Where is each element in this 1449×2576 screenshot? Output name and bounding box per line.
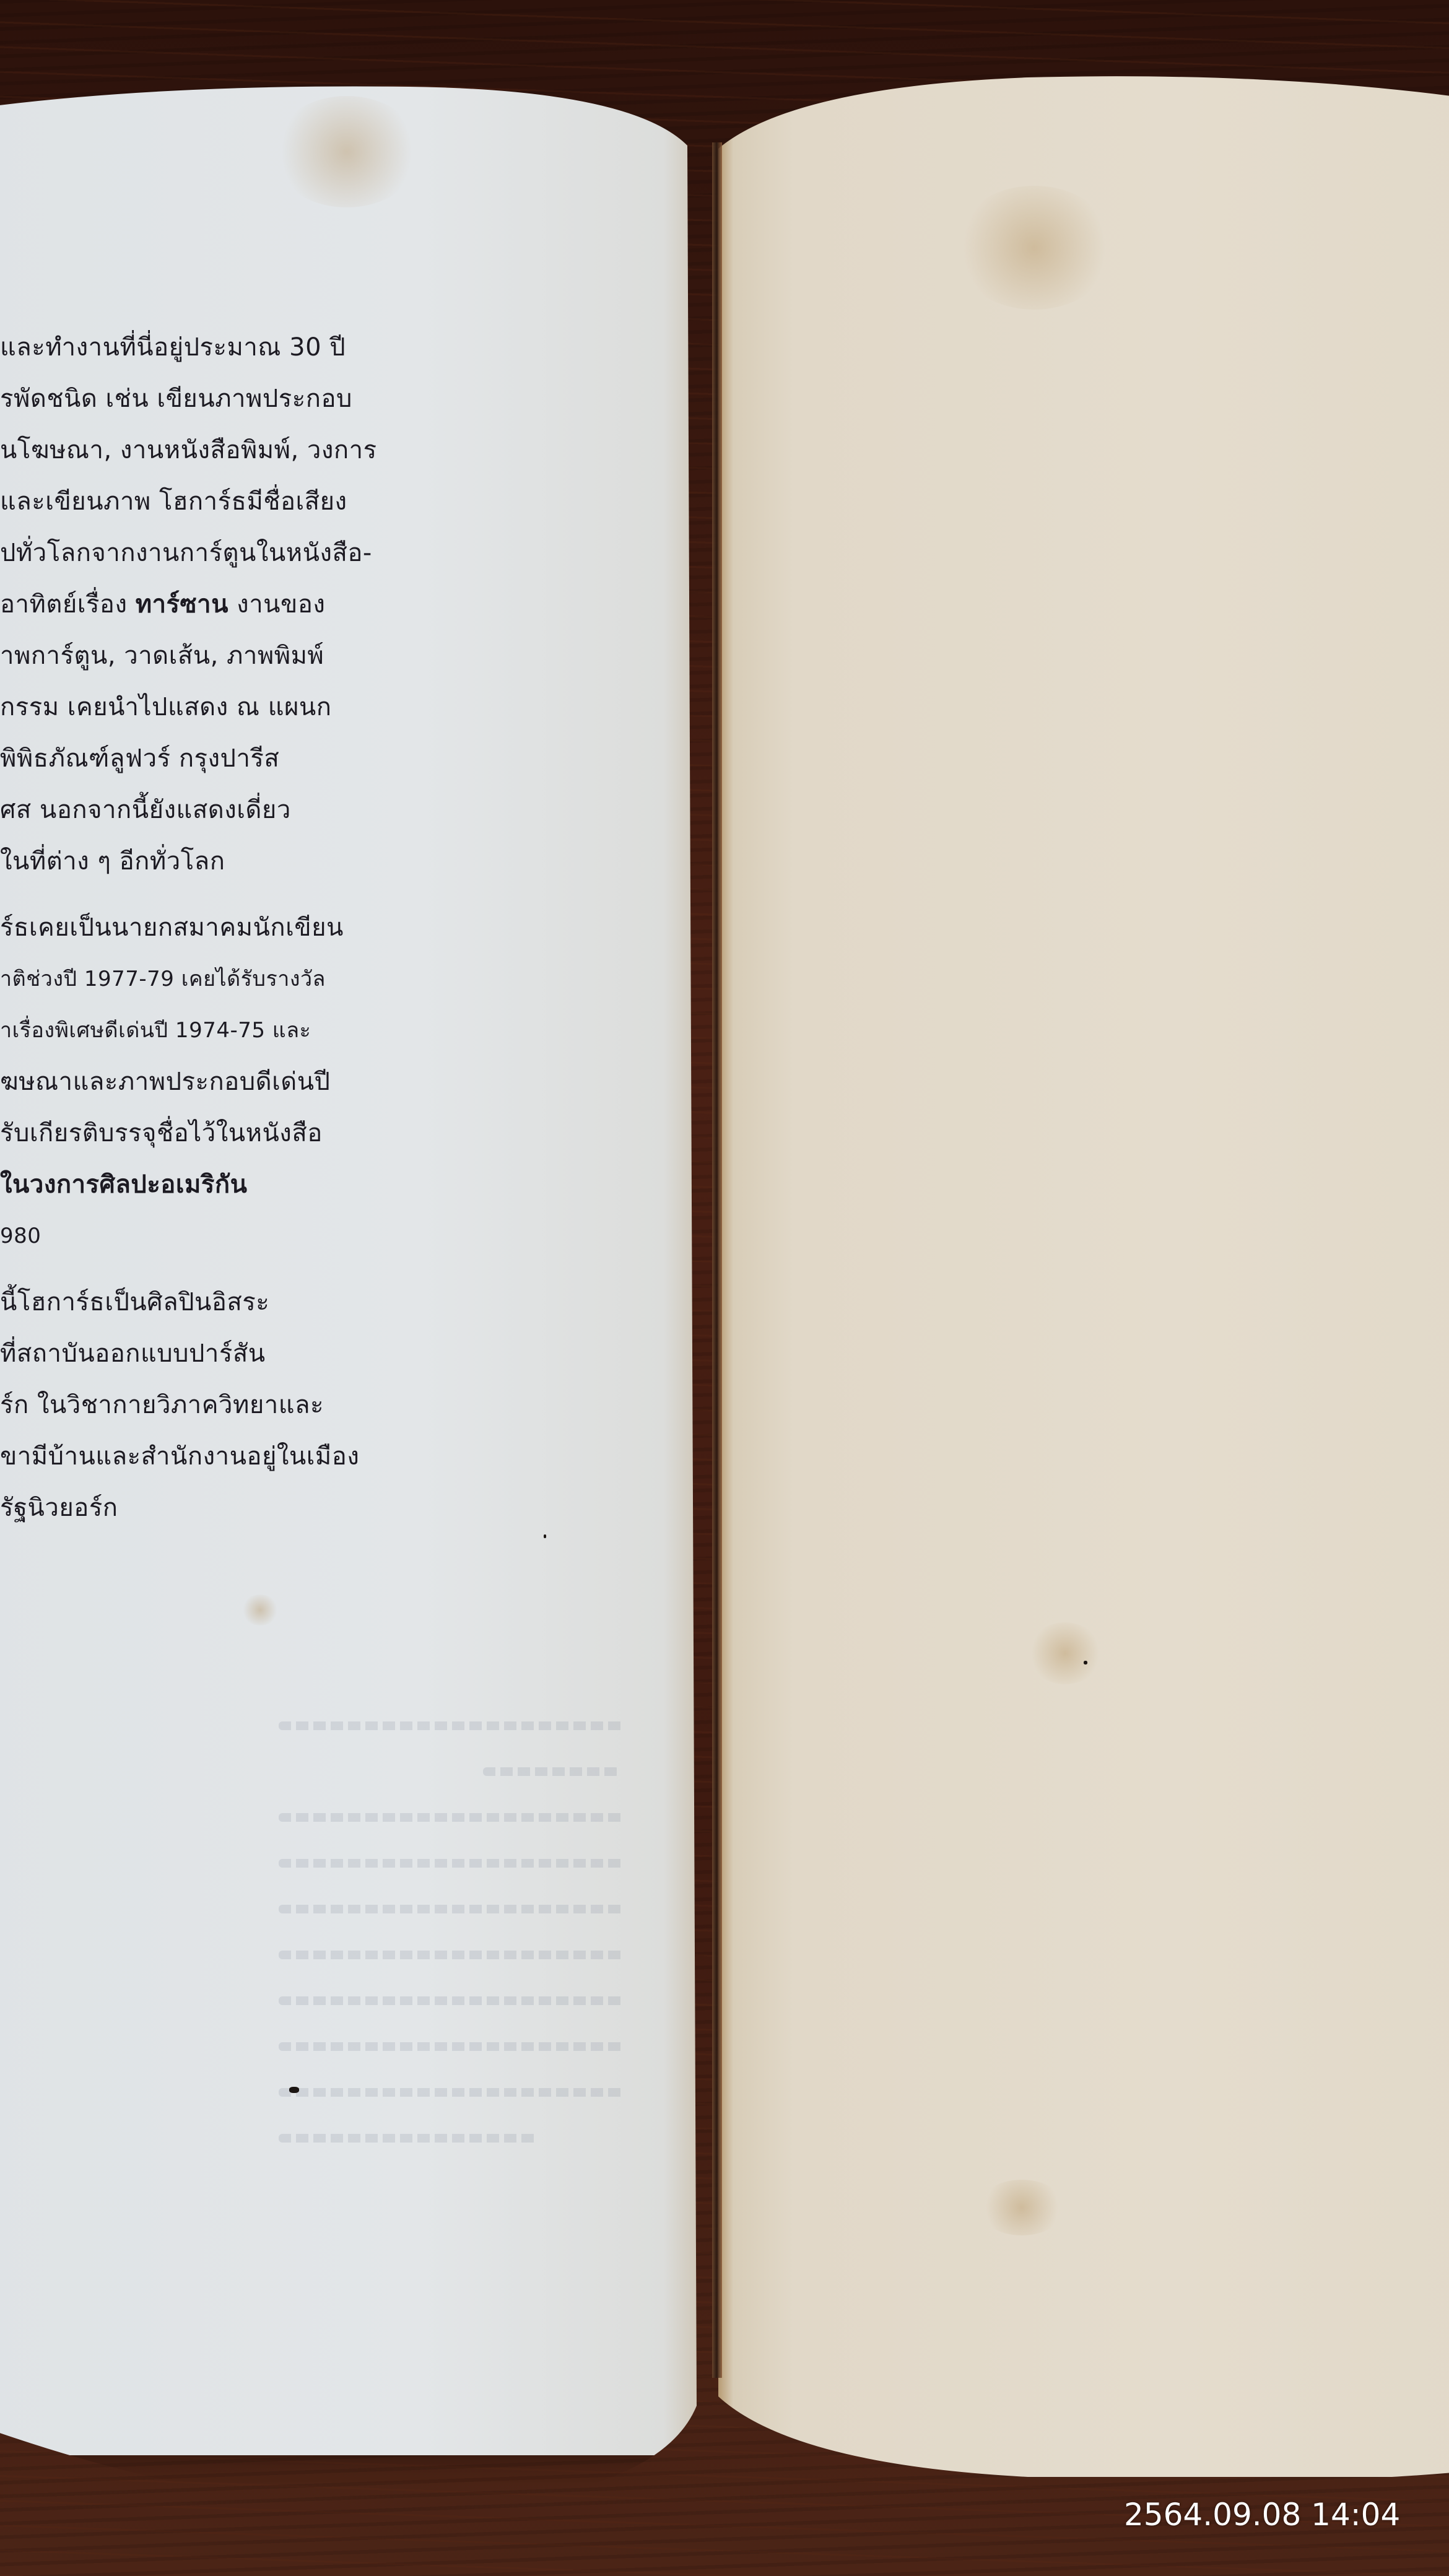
text-line: รับเกียรติบรรจุชื่อไว้ในหนังสือ xyxy=(0,1108,681,1159)
text-line: ปทั่วโลกจากงานการ์ตูนในหนังสือ- xyxy=(0,528,681,579)
paper-speck xyxy=(289,2087,299,2093)
text-line: นโฆษณา, งานหนังสือพิมพ์, วงการ xyxy=(0,425,681,476)
bleed-line xyxy=(483,1767,619,1776)
text-line: ร์ก ในวิชากายวิภาควิทยาและ xyxy=(0,1380,681,1431)
bold-title-tarzan: ทาร์ซาน xyxy=(136,590,228,619)
paper-stain xyxy=(954,186,1115,310)
right-page-blank xyxy=(718,74,1449,2477)
book-spine-gutter xyxy=(712,142,722,2378)
text-line: พิพิธภัณฑ์ลูฟวร์ กรุงปารีส xyxy=(0,733,681,785)
text-line: และทำงานที่นี่อยู่ประมาณ 30 ปี xyxy=(0,322,681,373)
text-line: าเรื่องพิเศษดีเด่นปี 1974-75 และ xyxy=(0,1005,681,1056)
bleed-line xyxy=(279,1905,625,1913)
text-line: ศส นอกจากนี้ยังแสดงเดี่ยว xyxy=(0,785,681,836)
bleed-line xyxy=(279,2088,625,2097)
text-fragment: งานของ xyxy=(228,590,325,619)
paragraph-present: นี้โฮการ์ธเป็นศิลปินอิสระ ที่สถาบันออกแบ… xyxy=(0,1277,681,1534)
bleed-line xyxy=(279,1721,625,1730)
text-line: นี้โฮการ์ธเป็นศิลปินอิสระ xyxy=(0,1277,681,1328)
paper-stain xyxy=(1028,1622,1102,1684)
open-book: และทำงานที่นี่อยู่ประมาณ 30 ปี รพัดชนิด … xyxy=(0,0,1449,2576)
paper-stain xyxy=(272,96,421,207)
text-line: าติช่วงปี 1977-79 เคยได้รับรางวัล xyxy=(0,954,681,1005)
bleed-line xyxy=(279,1996,625,2005)
bleed-line xyxy=(279,2042,625,2051)
bleed-line xyxy=(279,1951,625,1959)
text-line: รัฐนิวยอร์ก xyxy=(0,1482,681,1534)
paper-speck xyxy=(1084,1661,1087,1664)
text-line: ที่สถาบันออกแบบปาร์สัน xyxy=(0,1328,681,1380)
text-line-bold-book-title: ในวงการศิลปะอเมริกัน xyxy=(0,1159,681,1211)
bold-book-title: ในวงการศิลปะอเมริกัน xyxy=(0,1170,247,1199)
bleed-through-text xyxy=(279,1721,638,2180)
paragraph-awards: ร์ธเคยเป็นนายกสมาคมนักเขียน าติช่วงปี 19… xyxy=(0,902,681,1262)
text-line: ร์ธเคยเป็นนายกสมาคมนักเขียน xyxy=(0,902,681,954)
biography-text: และทำงานที่นี่อยู่ประมาณ 30 ปี รพัดชนิด … xyxy=(0,322,681,1549)
bleed-line xyxy=(279,2134,539,2143)
bleed-line xyxy=(279,1813,625,1822)
text-line: 980 xyxy=(0,1211,681,1262)
text-fragment: อาทิตย์เรื่อง xyxy=(0,590,136,619)
paper-stain xyxy=(241,1595,279,1625)
camera-timestamp-overlay: 2564.09.08 14:04 xyxy=(1124,2497,1400,2533)
text-line: ขามีบ้านและสำนักงานอยู่ในเมือง xyxy=(0,1431,681,1482)
bleed-line xyxy=(279,1859,625,1868)
text-line: ในที่ต่าง ๆ อีกทั่วโลก xyxy=(0,836,681,887)
text-line: ฆษณาและภาพประกอบดีเด่นปี xyxy=(0,1056,681,1108)
text-line-with-bold-title: อาทิตย์เรื่อง ทาร์ซาน งานของ xyxy=(0,579,681,630)
paragraph-career: และทำงานที่นี่อยู่ประมาณ 30 ปี รพัดชนิด … xyxy=(0,322,681,887)
text-line: รพัดชนิด เช่น เขียนภาพประกอบ xyxy=(0,373,681,425)
text-line: กรรม เคยนำไปแสดง ณ แผนก xyxy=(0,682,681,733)
text-line: และเขียนภาพ โฮการ์ธมีชื่อเสียง xyxy=(0,476,681,528)
paper-speck xyxy=(544,1534,546,1538)
paper-stain xyxy=(978,2180,1065,2235)
text-line: าพการ์ตูน, วาดเส้น, ภาพพิมพ์ xyxy=(0,630,681,682)
